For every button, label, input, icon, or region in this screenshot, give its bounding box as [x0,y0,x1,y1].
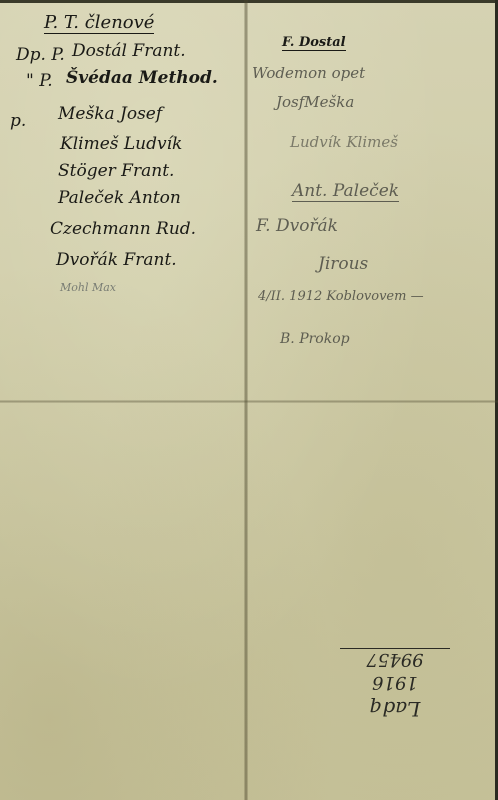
signature: 4/II. 1912 Koblovovem — [258,290,424,303]
entry-name: Klimeš Ludvík [60,136,182,153]
signature: Jirous [318,256,368,273]
signature: Ludvík Klimeš [290,135,398,150]
note-line: 99457 [340,648,450,670]
signature: JosfMeška [276,95,354,110]
scan-edge-top [0,0,498,3]
signature: F. Dvořák [256,218,338,235]
entry-prefix: " P. [26,73,53,90]
signature: Wodemon opet [252,66,365,81]
entry-name: Stöger Frant. [58,163,174,180]
horizontal-fold-line [0,400,498,403]
entry-prefix: p. [10,113,26,130]
signature: F. Dostal [282,36,346,51]
note-line: 1916 [340,672,450,693]
entry-prefix: Dp. P. [16,47,65,64]
entry-name: Dvořák Frant. [56,252,177,269]
entry-name: Švédaa Method. [66,70,218,87]
signature: Ant. Paleček [292,183,399,202]
entry-name: Dostál Frant. [72,43,186,60]
entry-name: Czechmann Rud. [50,221,196,238]
list-header: P. T. členové [44,14,154,34]
entry-name: Paleček Anton [58,190,181,207]
upside-down-note: Ladq 1916 99457 [340,648,450,721]
entry-name: Meška Josef [58,106,162,123]
signature: B. Prokop [280,332,350,346]
entry-name: Mohl Max [60,282,116,293]
note-line: Ladq [340,697,450,721]
